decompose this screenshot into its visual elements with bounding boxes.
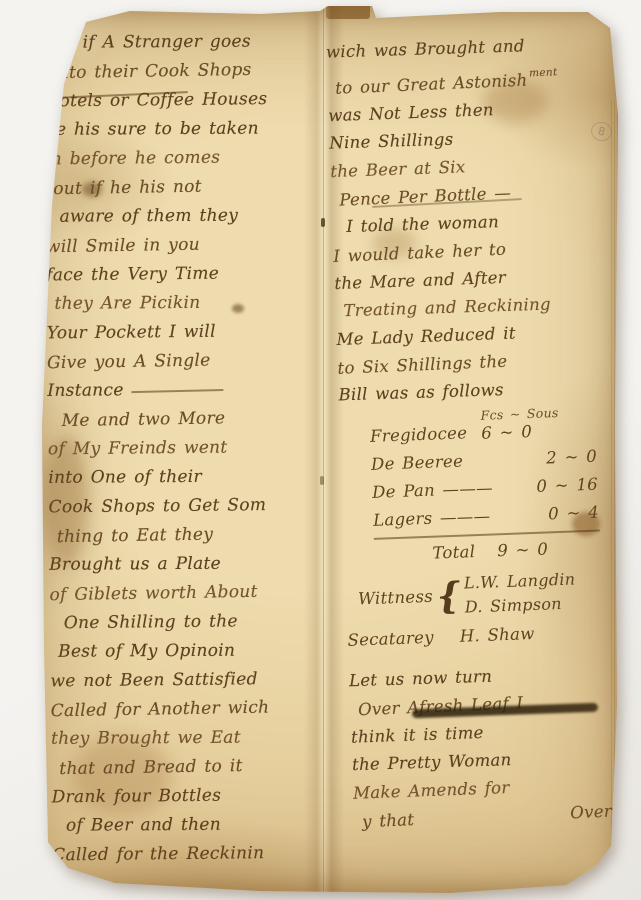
- manuscript-line: we not Been Sattisfied: [50, 665, 318, 697]
- manuscript-line: will Smile in you: [46, 229, 314, 262]
- manuscript-line: Brought us a Plate: [49, 549, 317, 580]
- bill-total-row: Total 9 ~ 0: [374, 530, 601, 569]
- manuscript-line: But if A Stranger goes: [44, 27, 312, 58]
- witness-label: Wittness: [358, 585, 434, 612]
- manuscript-line: into their Cook Shops: [52, 55, 312, 88]
- bill-item-amount: 0 ~ 4: [548, 499, 600, 529]
- bill: Fregidocee Fcs ~ Sous 6 ~ 0 De Beeree 2 …: [369, 405, 601, 569]
- manuscript-line: aware of them they: [59, 201, 313, 232]
- manuscript-word: to our Great Astonish: [335, 71, 528, 98]
- manuscript-line: he his sure to be taken: [45, 114, 313, 145]
- gutter-stitch: [321, 218, 325, 227]
- photo-background: But if A Stranger goes into their Cook S…: [0, 0, 641, 900]
- manuscript-line: of Giblets worth About: [49, 577, 317, 610]
- bill-row: Fregidocee Fcs ~ Sous 6 ~ 0: [369, 405, 596, 449]
- manuscript-line: thing to Eat they: [57, 519, 317, 552]
- manuscript-word: Instance: [47, 380, 123, 400]
- manuscript-line: Your Pockett I will: [47, 317, 315, 349]
- manuscript-line: Drank four Bottles: [51, 781, 319, 813]
- bill-item-label: Fregidocee: [370, 421, 468, 449]
- manuscript-line: Cook Shops to Get Som: [48, 491, 316, 523]
- manuscript-line: Give you A Single: [47, 345, 315, 378]
- witness-name: D. Simpson: [464, 591, 576, 619]
- manuscript-line: Best of My Opinoin: [58, 636, 318, 667]
- left-page: But if A Stranger goes into their Cook S…: [44, 27, 321, 871]
- bill-item-label: Lagers ———: [373, 503, 491, 535]
- bill-item-amount: 6 ~ 0: [481, 420, 560, 445]
- bill-total-label: Total: [432, 539, 476, 567]
- manuscript-line: out if he his not: [53, 171, 313, 204]
- pen-rule: [132, 388, 224, 392]
- manuscript-paper: But if A Stranger goes into their Cook S…: [20, 6, 622, 894]
- manuscript-line: One Shilling to the: [64, 607, 318, 639]
- manuscript-line: in before he comes: [45, 143, 313, 175]
- manuscript-line: Hotels or Coffee Houses: [44, 85, 312, 117]
- secretary-label: Secatarey: [347, 625, 434, 654]
- witness-block: Wittness { L.W. Langdin D. Simpson: [357, 566, 619, 623]
- manuscript-line: into One of their: [48, 462, 316, 493]
- manuscript-line: face the Very Time: [46, 259, 314, 291]
- manuscript-line: Instance: [47, 375, 315, 406]
- bill-item-label: De Pan ———: [372, 474, 494, 506]
- gutter-crease: [323, 6, 324, 894]
- manuscript-line: Me and two More: [61, 403, 315, 436]
- closing-paragraph: Let us now turn Over Afresh Leaf I think…: [349, 658, 627, 836]
- manuscript-line: of My Freinds went: [48, 433, 316, 465]
- manuscript-line: Called for Another wich: [51, 693, 319, 726]
- gutter-stitch: [320, 476, 324, 485]
- over-label: Over: [570, 798, 613, 828]
- manuscript-book: But if A Stranger goes into their Cook S…: [20, 6, 622, 894]
- manuscript-line: they Are Picikin: [54, 288, 314, 319]
- manuscript-line: that and Bread to it: [59, 751, 319, 784]
- secretary-block: Secatarey H. Shaw: [347, 618, 620, 654]
- bill-item-amount: 0 ~ 16: [536, 471, 599, 501]
- bill-total-amount: 9 ~ 0: [497, 536, 549, 564]
- manuscript-word: y that: [362, 806, 415, 836]
- manuscript-line: they Brought we Eat: [51, 723, 319, 754]
- witness-brace: {: [436, 584, 460, 609]
- bill-item-amount: 2 ~ 0: [546, 443, 598, 473]
- manuscript-line: of Beer and then: [66, 810, 320, 841]
- manuscript-line: Called for the Reckinin: [52, 839, 320, 871]
- page-fold-corner-bottom-right: [566, 850, 616, 886]
- bill-item-label: De Beeree: [371, 448, 464, 479]
- astonish-superscript: ment: [529, 66, 558, 79]
- secretary-name: H. Shaw: [459, 621, 535, 650]
